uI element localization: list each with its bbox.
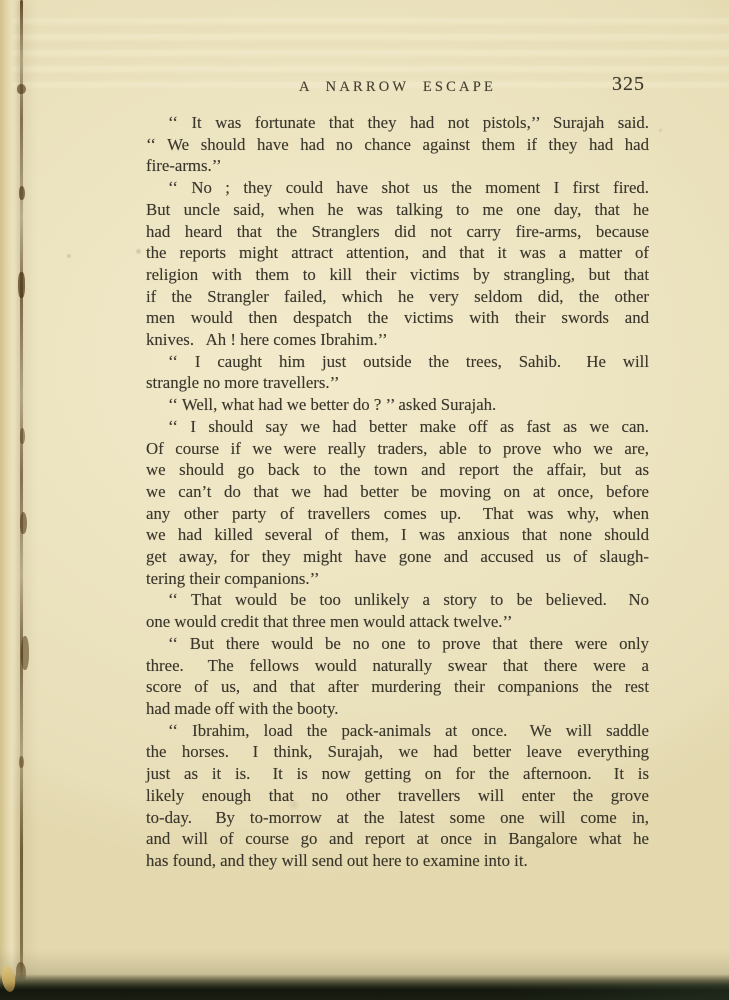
text-line: religion with them to kill their victims… (146, 264, 649, 286)
text-line: ‘‘ Well, what had we better do ? ’’ aske… (146, 394, 649, 416)
text-line: the reports might attract attention, and… (146, 242, 649, 264)
text-line: ‘‘ But there would be no one to prove th… (146, 633, 649, 655)
text-line: had made off with the booty. (146, 698, 649, 720)
text-line: one would credit that three men would at… (146, 611, 649, 633)
text-line: fire-arms.’’ (146, 155, 649, 177)
text-line: just as it is. It is now getting on for … (146, 763, 649, 785)
text-line: we should go back to the town and report… (146, 459, 649, 481)
book-cover-tint (509, 984, 729, 1000)
text-line: the horses. I think, Surajah, we had bet… (146, 741, 649, 763)
book-page-scan: A NARROW ESCAPE 325 ‘‘ It was fortunate … (0, 0, 729, 1000)
text-line: knives. Ah ! here comes Ibrahim.’’ (146, 329, 649, 351)
text-block: ‘‘ It was fortunate that they had not pi… (146, 112, 649, 872)
text-line: to-day. By to-morrow at the latest some … (146, 807, 649, 829)
text-line: ‘‘ I caught him just outside the trees, … (146, 351, 649, 373)
text-line: ‘‘ It was fortunate that they had not pi… (146, 112, 649, 134)
crease-spot (19, 186, 25, 200)
text-line: any other party of travellers comes up. … (146, 503, 649, 525)
text-line: tering their companions.’’ (146, 568, 649, 590)
foxing-spot (135, 248, 142, 255)
text-line: and will of course go and report at once… (146, 828, 649, 850)
page-edge-left (0, 0, 15, 1000)
crease-spot (17, 84, 26, 94)
text-line: three. The fellows would naturally swear… (146, 655, 649, 677)
text-line: we had killed several of them, I was anx… (146, 524, 649, 546)
foxing-spot (66, 253, 72, 259)
text-line: men would then despatch the victims with… (146, 307, 649, 329)
crease-spot (20, 512, 27, 534)
crease-spot (19, 756, 24, 768)
text-line: ‘‘ I should say we had better make off a… (146, 416, 649, 438)
text-line: strangle no more travellers.’’ (146, 372, 649, 394)
text-line: score of us, and that after murdering th… (146, 676, 649, 698)
page-number: 325 (612, 73, 645, 96)
text-line: ‘‘ No ; they could have shot us the mome… (146, 177, 649, 199)
text-line: we can’t do that we had better be moving… (146, 481, 649, 503)
crease-spot (21, 636, 29, 670)
text-line: ‘‘ That would be too unlikely a story to… (146, 589, 649, 611)
foxing-spot (658, 128, 663, 133)
gutter-crease (20, 0, 23, 992)
text-line: ‘‘ Ibrahim, load the pack-animals at onc… (146, 720, 649, 742)
text-line: if the Strangler failed, which he very s… (146, 286, 649, 308)
text-line: ‘‘ We should have had no chance against … (146, 134, 649, 156)
text-line: had heard that the Stranglers did not ca… (146, 221, 649, 243)
text-line: has found, and they will send out here t… (146, 850, 649, 872)
text-line: But uncle said, when he was talking to m… (146, 199, 649, 221)
crease-spot (20, 428, 25, 444)
text-line: likely enough that no other travellers w… (146, 785, 649, 807)
text-line: Of course if we were really traders, abl… (146, 438, 649, 460)
crease-spot (18, 272, 25, 298)
text-line: get away, for they might have gone and a… (146, 546, 649, 568)
